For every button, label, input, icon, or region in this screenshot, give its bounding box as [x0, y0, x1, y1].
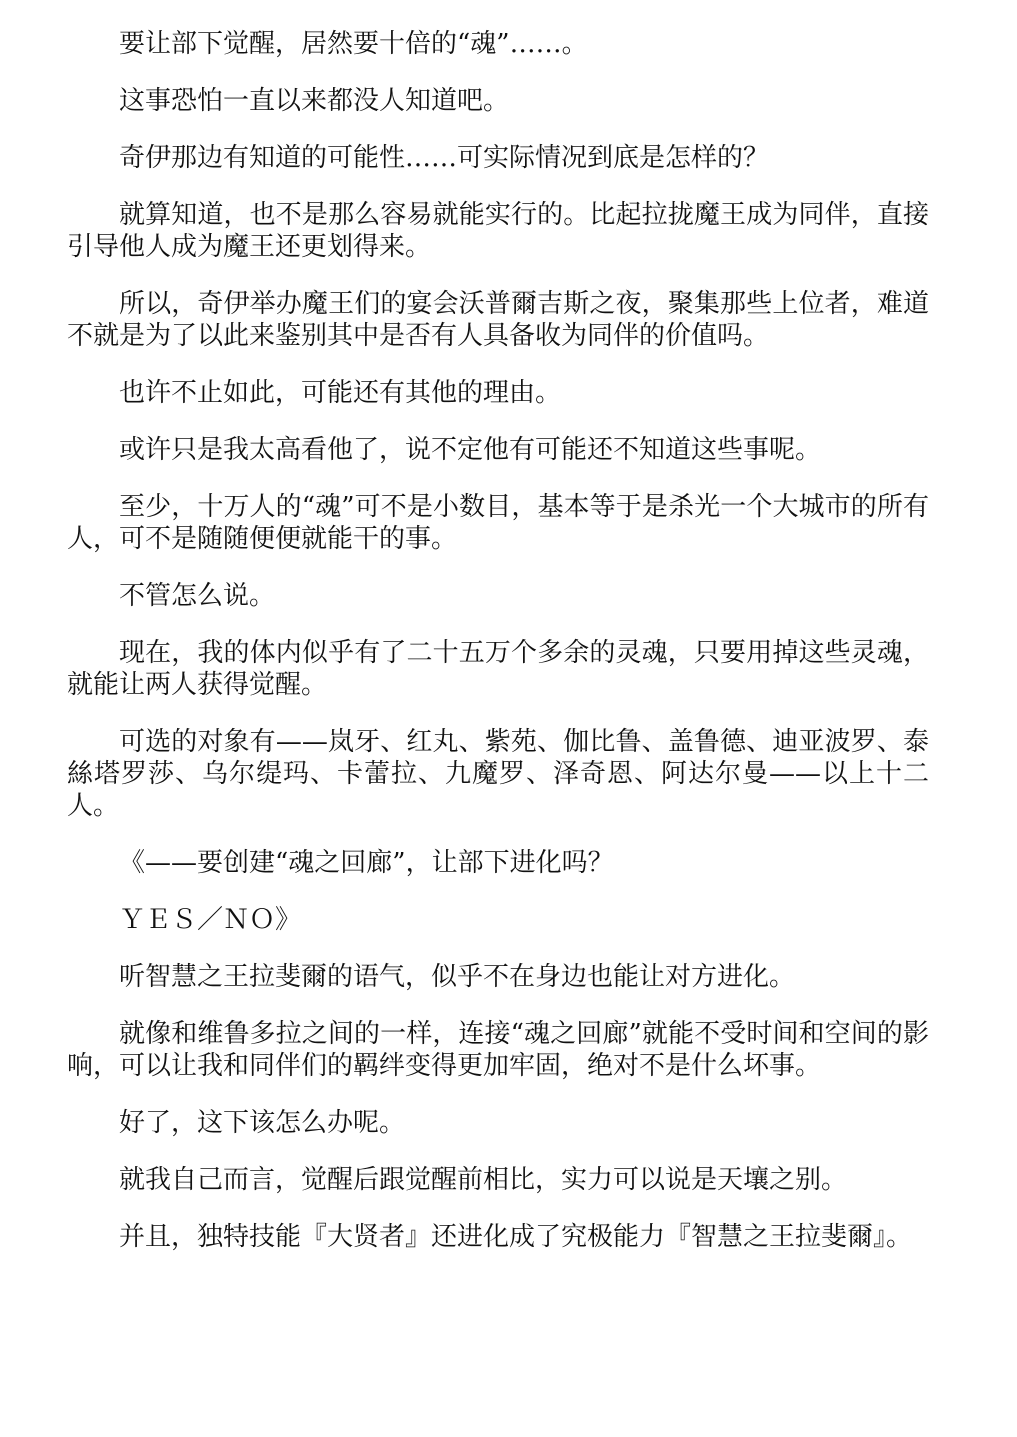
paragraph: 现在，我的体内似乎有了二十五万个多余的灵魂，只要用掉这些灵魂，就能让两人获得觉醒…	[67, 637, 929, 701]
paragraph: 或许只是我太高看他了，说不定他有可能还不知道这些事呢。	[67, 434, 929, 466]
paragraph: 可选的对象有——岚牙、红丸、紫苑、伽比鲁、盖鲁德、迪亚波罗、泰絲塔罗莎、乌尔缇玛…	[67, 726, 929, 822]
document-page: 要让部下觉醒，居然要十倍的“魂”……。 这事恐怕一直以来都没人知道吧。 奇伊那边…	[67, 28, 929, 1278]
paragraph: 这事恐怕一直以来都没人知道吧。	[67, 85, 929, 117]
paragraph: 至少，十万人的“魂”可不是小数目，基本等于是杀光一个大城市的所有人，可不是随随便…	[67, 491, 929, 555]
paragraph: 要让部下觉醒，居然要十倍的“魂”……。	[67, 28, 929, 60]
paragraph: 不管怎么说。	[67, 580, 929, 612]
system-prompt-paragraph: 《——要创建“魂之回廊”，让部下进化吗？	[67, 847, 929, 879]
paragraph: 好了，这下该怎么办呢。	[67, 1107, 929, 1139]
paragraph: 听智慧之王拉斐爾的语气，似乎不在身边也能让对方进化。	[67, 961, 929, 993]
paragraph: 所以，奇伊举办魔王们的宴会沃普爾吉斯之夜，聚集那些上位者，难道不就是为了以此来鉴…	[67, 288, 929, 352]
system-prompt-options: ＹＥＳ／ＮＯ》	[67, 904, 929, 936]
paragraph: 奇伊那边有知道的可能性……可实际情况到底是怎样的？	[67, 142, 929, 174]
paragraph: 并且，独特技能『大贤者』还进化成了究极能力『智慧之王拉斐爾』。	[67, 1221, 929, 1253]
paragraph: 也许不止如此，可能还有其他的理由。	[67, 377, 929, 409]
paragraph: 就像和维鲁多拉之间的一样，连接“魂之回廊”就能不受时间和空间的影响，可以让我和同…	[67, 1018, 929, 1082]
paragraph: 就我自己而言，觉醒后跟觉醒前相比，实力可以说是天壤之别。	[67, 1164, 929, 1196]
paragraph: 就算知道，也不是那么容易就能实行的。比起拉拢魔王成为同伴，直接引导他人成为魔王还…	[67, 199, 929, 263]
